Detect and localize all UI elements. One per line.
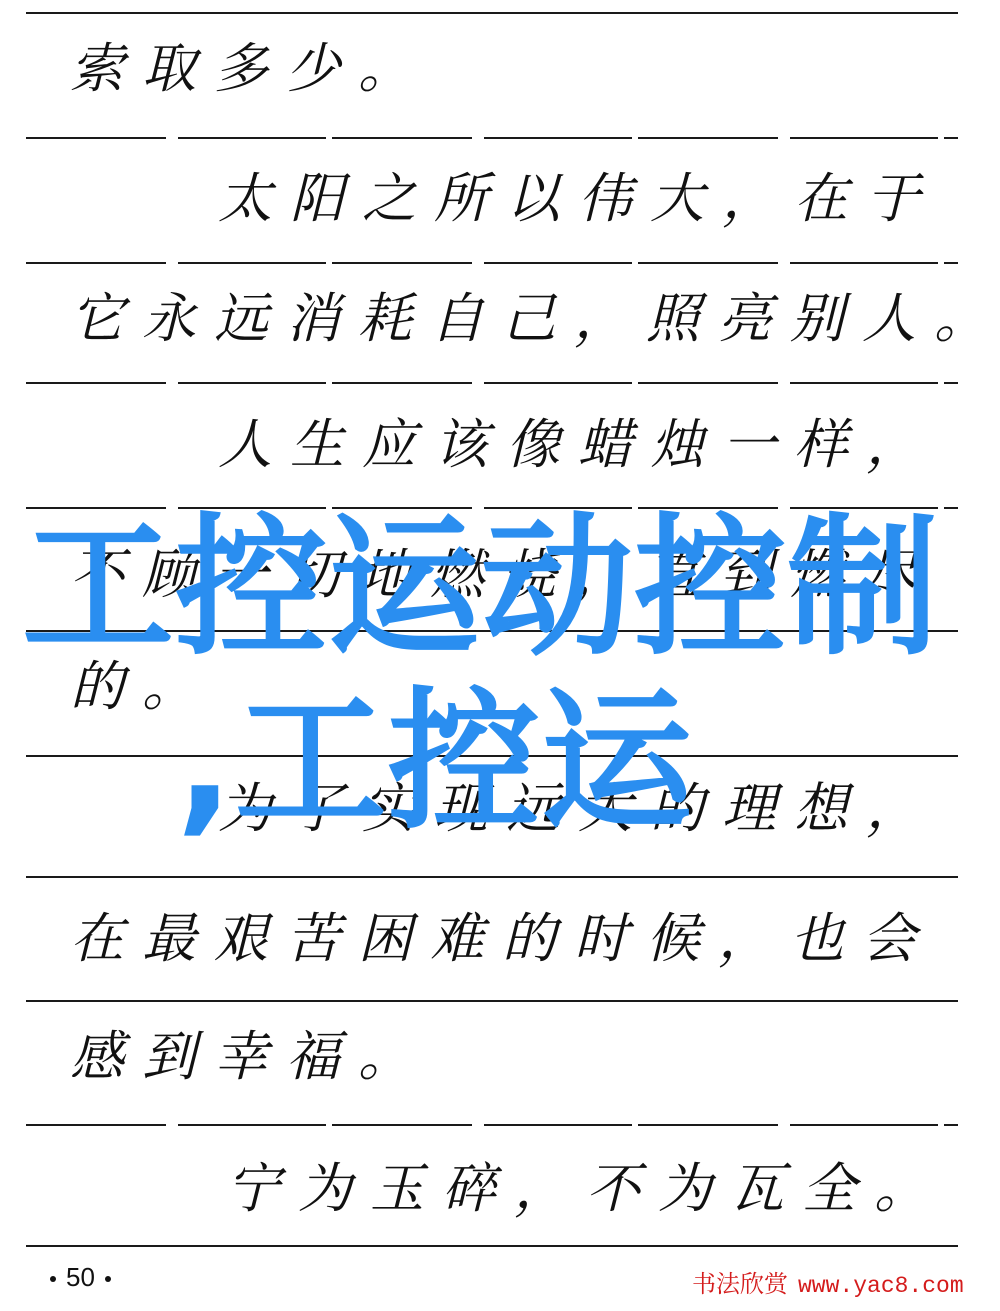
watermark: 书法欣赏www.yac8.com — [692, 1264, 964, 1299]
ruled-line — [26, 12, 958, 14]
overlay-title-line-2: ,工控运 — [176, 686, 694, 838]
ruled-line — [26, 137, 958, 139]
handwritten-line-10: 宁为玉碎，不为瓦全。 — [226, 1162, 946, 1216]
ruled-line — [26, 1124, 958, 1126]
overlay-title-line-1: 工控运动控制 — [22, 512, 940, 664]
bullet-icon — [50, 1276, 56, 1282]
handwritten-line-8: 在最艰苦困难的时候，也会 — [70, 912, 934, 966]
calligraphy-page: 索取多少。 太阳之所以伟大，在于 它永远消耗自己，照亮别人。 人生应该像蜡烛一样… — [0, 0, 1000, 1311]
ruled-line — [26, 1000, 958, 1002]
bullet-icon — [105, 1276, 111, 1282]
watermark-label: 书法欣赏 — [692, 1270, 788, 1298]
handwritten-line-9: 感到幸福。 — [70, 1030, 430, 1084]
ruled-line — [26, 1245, 958, 1247]
ruled-line — [26, 382, 958, 384]
handwritten-line-3: 它永远消耗自己，照亮别人。 — [70, 292, 1000, 346]
ruled-line — [26, 876, 958, 878]
ruled-line — [26, 262, 958, 264]
watermark-url: www.yac8.com — [798, 1273, 964, 1299]
page-number: 50 — [40, 1262, 121, 1293]
handwritten-line-1: 索取多少。 — [70, 42, 430, 96]
page-number-value: 50 — [66, 1262, 95, 1292]
handwritten-line-4: 人生应该像蜡烛一样， — [218, 418, 938, 472]
handwritten-line-2: 太阳之所以伟大，在于 — [218, 172, 938, 226]
